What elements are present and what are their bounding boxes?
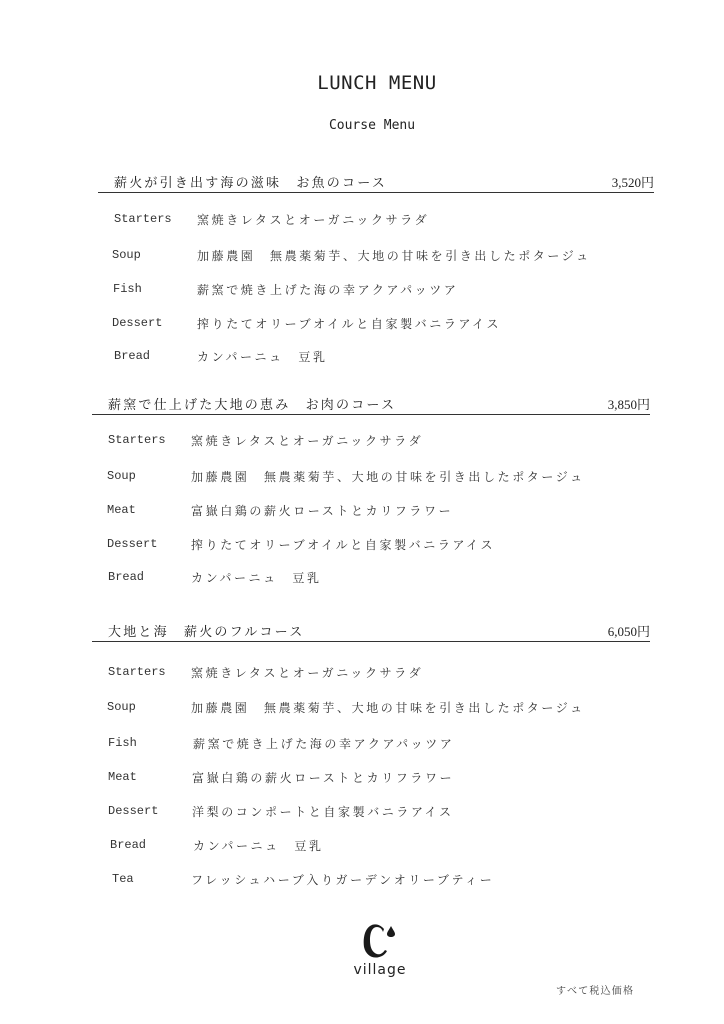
item-label: Tea: [112, 872, 134, 886]
page-title: LUNCH MENU: [0, 72, 724, 94]
village-logo: village: [350, 920, 410, 990]
item-description: フレッシュハーブ入りガーデンオリーブティー: [191, 871, 494, 888]
item-label: Bread: [110, 838, 146, 852]
item-description: 加藤農園 無農薬菊芋、大地の甘味を引き出したポタージュ: [191, 699, 585, 716]
course-name: 薪火が引き出す海の滋味 お魚のコース: [114, 172, 387, 191]
item-label: Soup: [112, 248, 141, 262]
item-label: Bread: [114, 349, 150, 363]
course-price: 3,520円: [612, 172, 654, 191]
item-description: 富嶽白鶏の薪火ローストとカリフラワー: [192, 769, 454, 786]
item-label: Fish: [108, 736, 137, 750]
item-description: カンパーニュ 豆乳: [193, 837, 324, 854]
item-label: Soup: [107, 700, 136, 714]
item-description: カンパーニュ 豆乳: [191, 569, 322, 586]
course-header: 大地と海 薪火のフルコース 6,050円: [92, 621, 650, 642]
item-label: Meat: [107, 503, 136, 517]
item-label: Meat: [108, 770, 137, 784]
logo-text: village: [350, 962, 410, 978]
item-description: 加藤農園 無農薬菊芋、大地の甘味を引き出したポタージュ: [191, 468, 585, 485]
item-description: 加藤農園 無農薬菊芋、大地の甘味を引き出したポタージュ: [197, 247, 591, 264]
item-description: 搾りたてオリーブオイルと自家製バニラアイス: [197, 315, 501, 332]
item-label: Dessert: [112, 316, 162, 330]
item-label: Starters: [114, 212, 172, 226]
item-description: 富嶽白鶏の薪火ローストとカリフラワー: [191, 502, 453, 519]
course-name: 薪窯で仕上げた大地の恵み お肉のコース: [108, 394, 396, 413]
item-description: 薪窯で焼き上げた海の幸アクアパッツア: [193, 735, 454, 752]
item-label: Fish: [113, 282, 142, 296]
item-description: 薪窯で焼き上げた海の幸アクアパッツア: [197, 281, 458, 298]
tax-note: すべて税込価格: [556, 982, 634, 997]
item-label: Bread: [108, 570, 144, 584]
item-label: Soup: [107, 469, 136, 483]
item-label: Starters: [108, 665, 166, 679]
c-drop-logo-icon: [358, 920, 398, 962]
item-label: Starters: [108, 433, 166, 447]
course-price: 6,050円: [608, 621, 650, 640]
item-description: 洋梨のコンポートと自家製バニラアイス: [192, 803, 454, 820]
item-description: 搾りたてオリーブオイルと自家製バニラアイス: [191, 536, 495, 553]
course-name: 大地と海 薪火のフルコース: [108, 621, 304, 640]
item-description: 窯焼きレタスとオーガニックサラダ: [191, 664, 423, 681]
item-description: カンパーニュ 豆乳: [197, 348, 328, 365]
item-label: Dessert: [107, 537, 157, 551]
course-header: 薪火が引き出す海の滋味 お魚のコース 3,520円: [98, 172, 654, 193]
course-price: 3,850円: [608, 394, 650, 413]
item-description: 窯焼きレタスとオーガニックサラダ: [191, 432, 423, 449]
page-subtitle: Course Menu: [0, 118, 724, 133]
item-description: 窯焼きレタスとオーガニックサラダ: [197, 211, 429, 228]
item-label: Dessert: [108, 804, 158, 818]
course-header: 薪窯で仕上げた大地の恵み お肉のコース 3,850円: [92, 394, 650, 415]
